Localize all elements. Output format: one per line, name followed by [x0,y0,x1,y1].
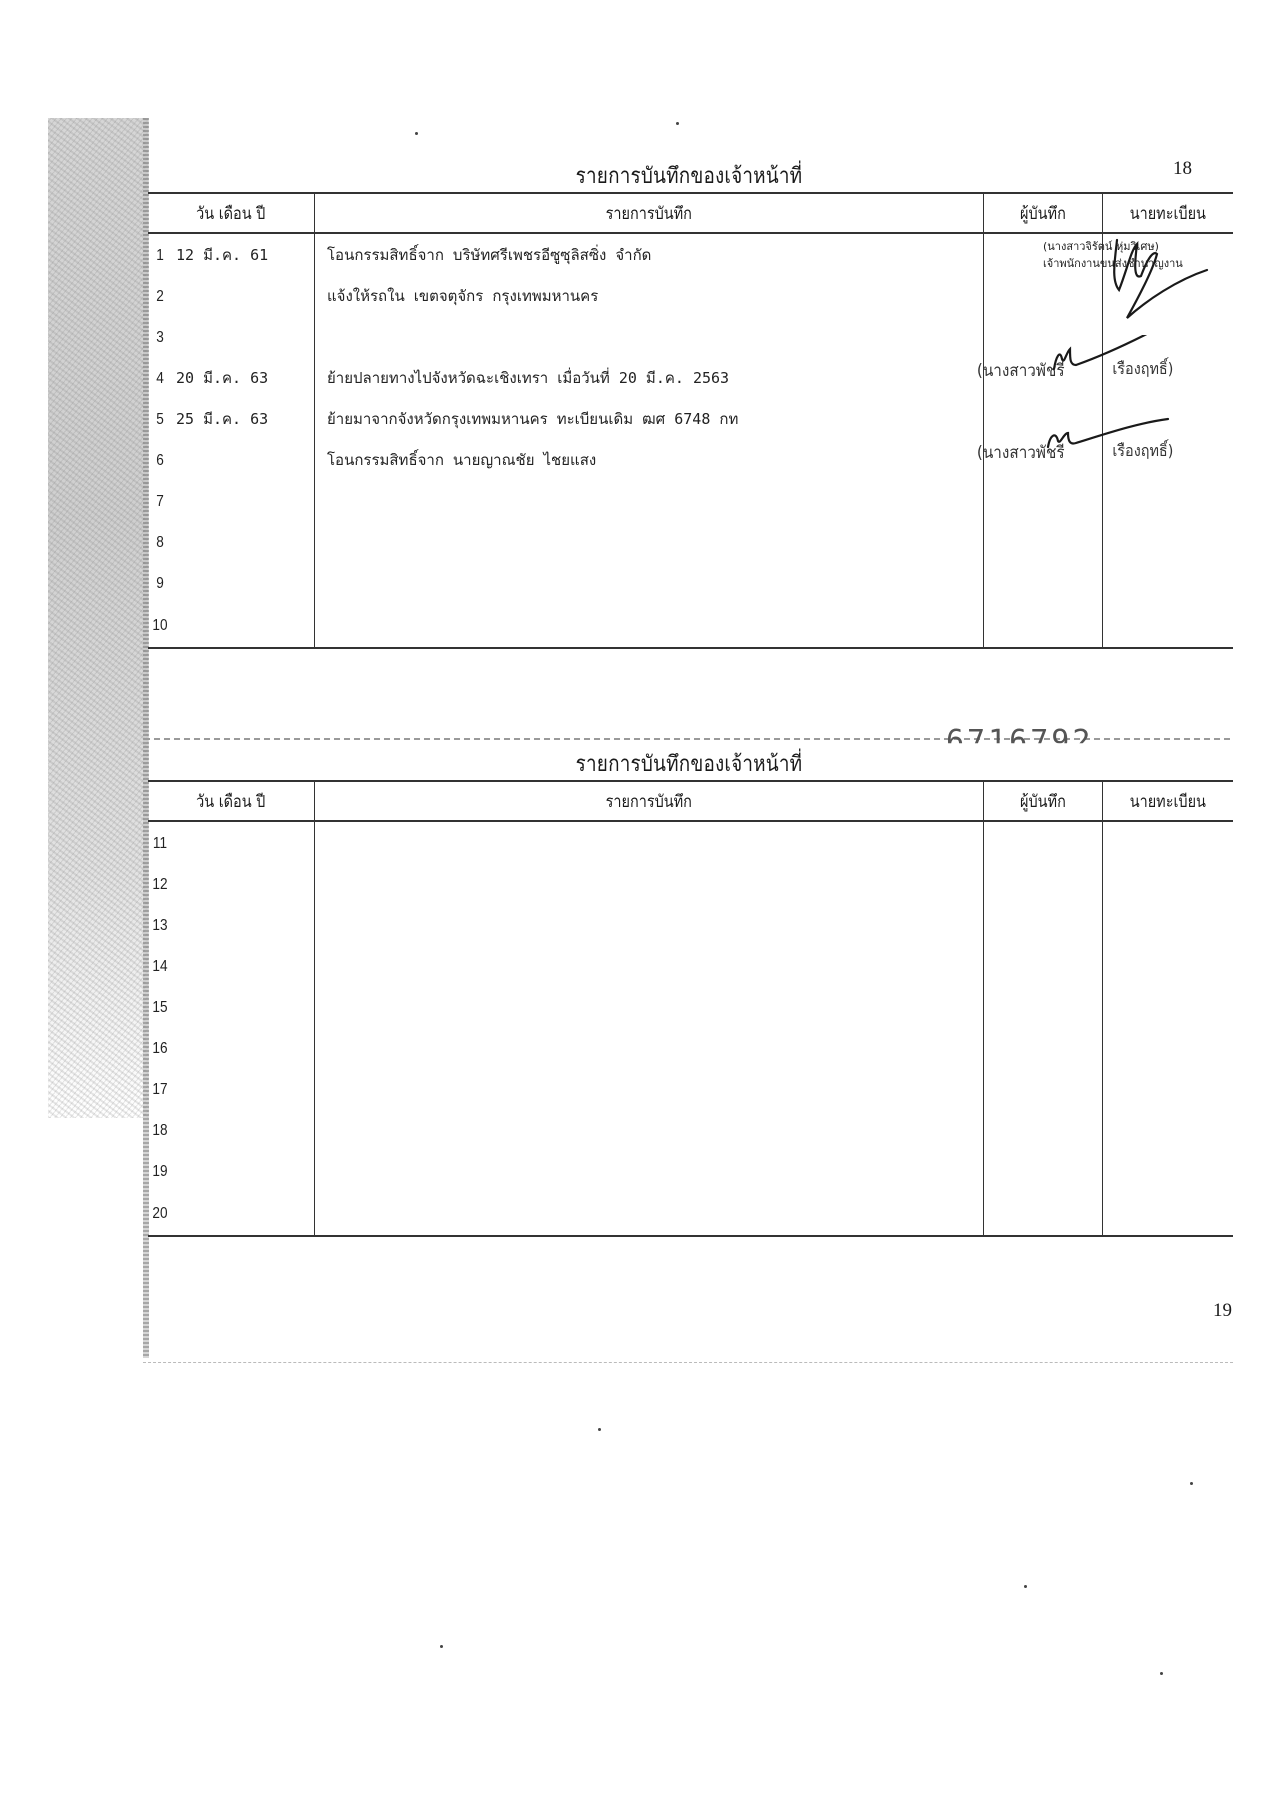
table-row: 6โอนกรรมสิทธิ์จาก นายญาณชัย ไชยแสง(นางสา… [148,439,1233,480]
date-cell: 11 [148,821,315,863]
line-number: 3 [150,329,170,347]
registrar-name: เรืองฤทธิ์) [1112,439,1173,464]
line-number: 17 [150,1081,170,1099]
entry-cell [315,1068,984,1109]
column-header-entry: รายการบันทึก [315,193,984,233]
table-row: 20 [148,1191,1233,1236]
date-cell: 16 [148,1027,315,1068]
date-cell: 3 [148,316,315,357]
recorder-cell [984,863,1103,904]
entry-text [315,617,327,635]
registrar-wrap [1103,1068,1233,1109]
date-cell: 18 [148,1109,315,1150]
recorder-cell: (นางสาวพัชรี [984,439,1103,480]
recorder-wrap [984,822,1102,863]
registrar-wrap [1103,863,1233,904]
line-number: 16 [150,1040,170,1058]
entry-cell [315,562,984,603]
date-cell: 6 [148,439,315,480]
entry-cell [315,521,984,562]
recorder-cell [984,316,1103,357]
scan-speck [1160,1672,1163,1675]
page-number: 19 [1213,1300,1232,1322]
entry-cell [315,1109,984,1150]
registrar-cell [1103,316,1234,357]
recorder-wrap: (นางสาวพัชรี [984,439,1102,480]
registrar-cell [1103,863,1234,904]
line-number: 15 [150,999,170,1017]
table-row: 7 [148,480,1233,521]
registrar-wrap [1103,275,1233,316]
column-header-entry: รายการบันทึก [315,781,984,821]
date-cell: 19 [148,1150,315,1191]
line-number: 5 [150,411,170,429]
entry-cell [315,945,984,986]
recorder-wrap [984,986,1102,1027]
line-number: 10 [150,617,170,635]
entry-text [315,328,327,346]
entry-cell [315,863,984,904]
registrar-cell [1103,603,1234,648]
recorder-cell [984,521,1103,562]
recorder-cell [984,1109,1103,1150]
table-row: 3 [148,316,1233,357]
line-number: 12 [150,876,170,894]
registrar-cell: เรืองฤทธิ์) [1103,439,1234,480]
registrar-wrap [1103,986,1233,1027]
page-number: 18 [1173,158,1192,180]
recorder-wrap [984,562,1102,603]
scan-speck [1190,1482,1193,1485]
scan-speck [440,1645,443,1648]
registrar-cell [1103,986,1234,1027]
column-header-registrar: นายทะเบียน [1103,193,1234,233]
registrar-wrap: เรืองฤทธิ์) [1103,439,1233,480]
recorder-wrap [984,316,1102,357]
registrar-cell [1103,1109,1234,1150]
entry-cell [315,1191,984,1236]
line-number: 20 [150,1205,170,1223]
registrar-cell [1103,1068,1234,1109]
date-cell: 525 มี.ค. 63 [148,398,315,439]
line-number: 14 [150,958,170,976]
registrar-cell [1103,480,1234,521]
entry-cell [315,1027,984,1068]
registrar-wrap [1103,1191,1233,1235]
table-row: 13 [148,904,1233,945]
recorder-wrap [984,945,1102,986]
table-row: 112 มี.ค. 61โอนกรรมสิทธิ์จาก บริษัทศรีเพ… [148,233,1233,275]
recorder-cell [984,398,1103,439]
registrar-cell: เรืองฤทธิ์) [1103,357,1234,398]
entry-cell [315,904,984,945]
date-cell: 17 [148,1068,315,1109]
sheet-title: รายการบันทึกของเจ้าหน้าที่ [224,746,1155,781]
table-header-row: วัน เดือน ปี รายการบันทึก ผู้บันทึก นายท… [148,193,1233,233]
recorder-wrap [984,398,1102,439]
entry-cell: ย้ายปลายทางไปจังหวัดฉะเชิงเทรา เมื่อวันท… [315,357,984,398]
recorder-wrap [984,521,1102,562]
table-row: 11 [148,821,1233,863]
officer-record-table: วัน เดือน ปี รายการบันทึก ผู้บันทึก นายท… [148,192,1233,649]
recorder-wrap [984,1109,1102,1150]
recorder-wrap [984,1068,1102,1109]
column-header-date: วัน เดือน ปี [148,193,315,233]
line-number: 4 [150,370,170,388]
recorder-cell [984,986,1103,1027]
recorder-wrap [984,863,1102,904]
registrar-cell [1103,275,1234,316]
entry-cell [315,480,984,521]
date-cell: 7 [148,480,315,521]
entry-cell [315,1150,984,1191]
scan-speck [598,1428,601,1431]
date-cell: 13 [148,904,315,945]
line-number: 19 [150,1163,170,1181]
recorder-wrap [984,1027,1102,1068]
entry-text: โอนกรรมสิทธิ์จาก บริษัทศรีเพชรอีซูซุลิสซ… [315,246,651,264]
scan-shadow [48,118,148,1118]
line-number: 6 [150,452,170,470]
registrar-cell [1103,1150,1234,1191]
recorder-wrap [984,480,1102,521]
entry-text: โอนกรรมสิทธิ์จาก นายญาณชัย ไชยแสง [315,451,596,469]
recorder-wrap: (นางสาวพัชรี [984,357,1102,398]
registrar-cell [1103,521,1234,562]
registrar-cell [1103,904,1234,945]
line-number: 18 [150,1122,170,1140]
entry-cell: โอนกรรมสิทธิ์จาก บริษัทศรีเพชรอีซูซุลิสซ… [315,233,984,275]
table-row: 19 [148,1150,1233,1191]
registrar-wrap [1103,1027,1233,1068]
stamp-name: (นางสาวจิรัตน์ หุ่มวิเศษ) [1043,238,1183,255]
line-number: 11 [150,835,170,853]
recorder-wrap [984,603,1102,647]
date-cell: 10 [148,603,315,648]
entry-cell: ย้ายมาจากจังหวัดกรุงเทพมหานคร ทะเบียนเดิ… [315,398,984,439]
date-cell: 9 [148,562,315,603]
entry-date: 20 มี.ค. 63 [176,369,268,387]
column-header-recorder: ผู้บันทึก [984,193,1103,233]
registrar-cell [1103,562,1234,603]
column-header-date: วัน เดือน ปี [148,781,315,821]
line-number: 13 [150,917,170,935]
date-cell: 2 [148,275,315,316]
registrar-wrap [1103,1109,1233,1150]
registrar-wrap [1103,480,1233,521]
registrar-wrap [1103,822,1233,863]
column-header-recorder: ผู้บันทึก [984,781,1103,821]
registrar-wrap [1103,521,1233,562]
date-cell: 112 มี.ค. 61 [148,233,315,275]
registrar-wrap [1103,945,1233,986]
table-row: 16 [148,1027,1233,1068]
registrar-cell [1103,945,1234,986]
recorder-wrap [984,1191,1102,1235]
table-row: 525 มี.ค. 63ย้ายมาจากจังหวัดกรุงเทพมหานค… [148,398,1233,439]
recorder-cell: (นางสาวพัชรี [984,357,1103,398]
entry-date: 12 มี.ค. 61 [176,246,268,264]
registrar-cell [1103,821,1234,863]
registrar-wrap: เรืองฤทธิ์) [1103,357,1233,398]
scan-speck [676,122,679,125]
table-row: 12 [148,863,1233,904]
registrar-wrap [1103,316,1233,357]
page-frame-edge [143,1350,1233,1363]
line-number: 1 [150,247,170,265]
table-row: 8 [148,521,1233,562]
recorder-cell [984,603,1103,648]
recorder-cell [984,945,1103,986]
entry-date: 25 มี.ค. 63 [176,410,268,428]
registrar-wrap [1103,562,1233,603]
line-number: 8 [150,534,170,552]
registrar-wrap [1103,398,1233,439]
scan-speck [1024,1585,1027,1588]
registrar-cell [1103,1191,1234,1236]
officer-record-table: วัน เดือน ปี รายการบันทึก ผู้บันทึก นายท… [148,780,1233,1237]
entry-text [315,533,327,551]
registrar-cell [1103,398,1234,439]
registrar-wrap [1103,1150,1233,1191]
recorder-cell [984,1191,1103,1236]
registrar-wrap: (นางสาวจิรัตน์ หุ่มวิเศษ)เจ้าพนักงานขนส่… [1103,234,1233,275]
line-number: 2 [150,288,170,306]
recorder-cell [984,821,1103,863]
recorder-cell [984,1027,1103,1068]
entry-cell [315,986,984,1027]
date-cell: 8 [148,521,315,562]
scan-speck [415,132,418,135]
table-row: 17 [148,1068,1233,1109]
official-stamp: (นางสาวจิรัตน์ หุ่มวิเศษ)เจ้าพนักงานขนส่… [1043,238,1183,272]
entry-cell: แจ้งให้รถใน เขตจตุจักร กรุงเทพมหานคร [315,275,984,316]
entry-cell [315,603,984,648]
recorder-wrap [984,1150,1102,1191]
table-row: 10 [148,603,1233,648]
date-cell: 14 [148,945,315,986]
recorder-wrap [984,275,1102,316]
recorder-wrap [984,904,1102,945]
entry-text: ย้ายมาจากจังหวัดกรุงเทพมหานคร ทะเบียนเดิ… [315,410,738,428]
recorder-cell [984,904,1103,945]
registrar-name: เรืองฤทธิ์) [1112,357,1173,382]
sheet-title: รายการบันทึกของเจ้าหน้าที่ [224,158,1155,193]
table-row: 15 [148,986,1233,1027]
entry-text [315,574,327,592]
line-number: 7 [150,493,170,511]
recorder-cell [984,1150,1103,1191]
table-header-row: วัน เดือน ปี รายการบันทึก ผู้บันทึก นายท… [148,781,1233,821]
date-cell: 12 [148,863,315,904]
registrar-wrap [1103,603,1233,647]
entry-text: ย้ายปลายทางไปจังหวัดฉะเชิงเทรา เมื่อวันท… [315,369,729,387]
entry-cell [315,316,984,357]
table-row: 2แจ้งให้รถใน เขตจตุจักร กรุงเทพมหานคร [148,275,1233,316]
stamp-position: เจ้าพนักงานขนส่งชำนาญงาน [1043,255,1183,272]
recorder-name: (นางสาวพัชรี [977,439,1065,466]
registrar-wrap [1103,904,1233,945]
recorder-cell [984,480,1103,521]
recorder-cell [984,1068,1103,1109]
table-row: 18 [148,1109,1233,1150]
line-number: 9 [150,575,170,593]
table-row: 420 มี.ค. 63ย้ายปลายทางไปจังหวัดฉะเชิงเท… [148,357,1233,398]
entry-text [315,492,327,510]
recorder-name: (นางสาวพัชรี [977,357,1065,384]
column-header-registrar: นายทะเบียน [1103,781,1234,821]
registrar-cell [1103,1027,1234,1068]
entry-cell: โอนกรรมสิทธิ์จาก นายญาณชัย ไชยแสง [315,439,984,480]
recorder-cell [984,562,1103,603]
date-cell: 15 [148,986,315,1027]
table-row: 9 [148,562,1233,603]
entry-cell [315,821,984,863]
recorder-cell [984,275,1103,316]
registrar-cell: (นางสาวจิรัตน์ หุ่มวิเศษ)เจ้าพนักงานขนส่… [1103,233,1234,275]
entry-text: แจ้งให้รถใน เขตจตุจักร กรุงเทพมหานคร [315,287,598,305]
table-row: 14 [148,945,1233,986]
date-cell: 20 [148,1191,315,1236]
date-cell: 420 มี.ค. 63 [148,357,315,398]
